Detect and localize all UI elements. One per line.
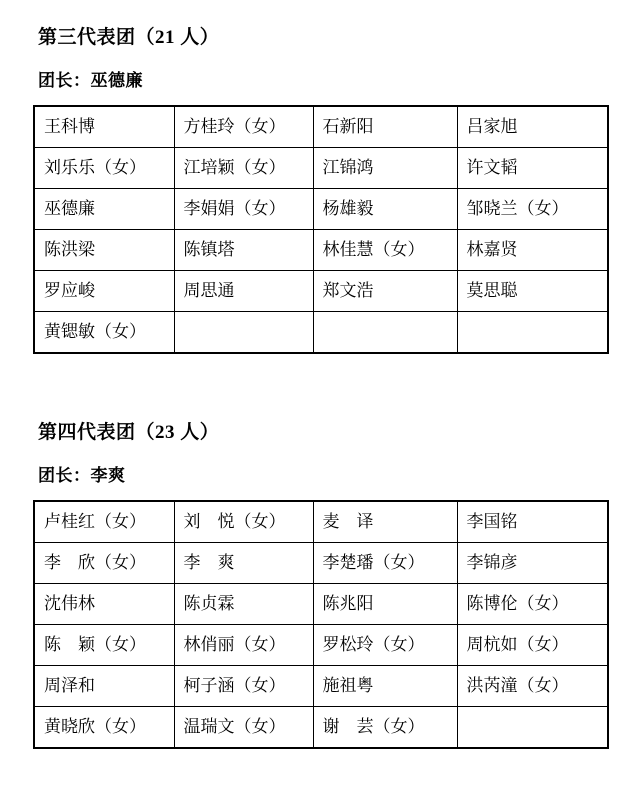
member-cell: 李楚璠（女）: [313, 543, 457, 584]
table-row: 黄晓欣（女） 温瑞文（女） 谢 芸（女）: [34, 707, 608, 749]
delegation-section-3: 第三代表团（21 人） 团长：巫德廉 王科博 方桂玲（女） 石新阳 吕家旭 刘乐…: [33, 28, 643, 354]
table-row: 罗应峻 周思通 郑文浩 莫思聪: [34, 271, 608, 312]
table-row: 刘乐乐（女） 江培颖（女） 江锦鸿 许文韬: [34, 148, 608, 189]
member-cell: 罗应峻: [34, 271, 174, 312]
table-row: 陈洪梁 陈镇塔 林佳慧（女） 林嘉贤: [34, 230, 608, 271]
section-title: 第四代表团（23 人）: [38, 423, 643, 443]
member-cell: 洪芮潼（女）: [457, 666, 608, 707]
leader-line: 团长：李爽: [38, 467, 643, 485]
member-cell: [457, 312, 608, 354]
member-cell: 莫思聪: [457, 271, 608, 312]
member-cell: 周思通: [174, 271, 313, 312]
member-cell: 邹晓兰（女）: [457, 189, 608, 230]
member-cell: 刘 悦（女）: [174, 501, 313, 543]
member-cell: 李 欣（女）: [34, 543, 174, 584]
table-row: 周泽和 柯子涵（女） 施祖粤 洪芮潼（女）: [34, 666, 608, 707]
member-cell: 郑文浩: [313, 271, 457, 312]
member-cell: 麦 译: [313, 501, 457, 543]
member-cell: [457, 707, 608, 749]
member-cell: 李锦彦: [457, 543, 608, 584]
member-cell: 周泽和: [34, 666, 174, 707]
member-cell: 黄锶敏（女）: [34, 312, 174, 354]
member-cell: 陈镇塔: [174, 230, 313, 271]
member-cell: 杨雄毅: [313, 189, 457, 230]
table-row: 巫德廉 李娟娟（女） 杨雄毅 邹晓兰（女）: [34, 189, 608, 230]
member-cell: 李 爽: [174, 543, 313, 584]
member-cell: 石新阳: [313, 106, 457, 148]
member-cell: 李国铭: [457, 501, 608, 543]
member-cell: 王科博: [34, 106, 174, 148]
member-cell: 陈贞霖: [174, 584, 313, 625]
member-cell: 沈伟林: [34, 584, 174, 625]
members-table-4: 卢桂红（女） 刘 悦（女） 麦 译 李国铭 李 欣（女） 李 爽 李楚璠（女） …: [33, 500, 609, 749]
member-cell: 黄晓欣（女）: [34, 707, 174, 749]
table-row: 卢桂红（女） 刘 悦（女） 麦 译 李国铭: [34, 501, 608, 543]
member-cell: [313, 312, 457, 354]
member-cell: 陈博伦（女）: [457, 584, 608, 625]
table-row: 沈伟林 陈贞霖 陈兆阳 陈博伦（女）: [34, 584, 608, 625]
section-title: 第三代表团（21 人）: [38, 28, 643, 48]
document-page: 第三代表团（21 人） 团长：巫德廉 王科博 方桂玲（女） 石新阳 吕家旭 刘乐…: [0, 0, 643, 791]
member-cell: 林佳慧（女）: [313, 230, 457, 271]
member-cell: 刘乐乐（女）: [34, 148, 174, 189]
member-cell: 卢桂红（女）: [34, 501, 174, 543]
table-row: 陈 颖（女） 林俏丽（女） 罗松玲（女） 周杭如（女）: [34, 625, 608, 666]
table-row: 李 欣（女） 李 爽 李楚璠（女） 李锦彦: [34, 543, 608, 584]
member-cell: 周杭如（女）: [457, 625, 608, 666]
member-cell: 柯子涵（女）: [174, 666, 313, 707]
member-cell: 陈 颖（女）: [34, 625, 174, 666]
delegation-section-4: 第四代表团（23 人） 团长：李爽 卢桂红（女） 刘 悦（女） 麦 译 李国铭 …: [33, 423, 643, 749]
member-cell: 李娟娟（女）: [174, 189, 313, 230]
member-cell: 巫德廉: [34, 189, 174, 230]
member-cell: 许文韬: [457, 148, 608, 189]
member-cell: 江培颖（女）: [174, 148, 313, 189]
member-cell: 施祖粤: [313, 666, 457, 707]
member-cell: 林嘉贤: [457, 230, 608, 271]
table-row: 王科博 方桂玲（女） 石新阳 吕家旭: [34, 106, 608, 148]
member-cell: [174, 312, 313, 354]
table-row: 黄锶敏（女）: [34, 312, 608, 354]
member-cell: 方桂玲（女）: [174, 106, 313, 148]
members-table-3: 王科博 方桂玲（女） 石新阳 吕家旭 刘乐乐（女） 江培颖（女） 江锦鸿 许文韬…: [33, 105, 609, 354]
member-cell: 陈兆阳: [313, 584, 457, 625]
member-cell: 江锦鸿: [313, 148, 457, 189]
member-cell: 谢 芸（女）: [313, 707, 457, 749]
member-cell: 林俏丽（女）: [174, 625, 313, 666]
member-cell: 吕家旭: [457, 106, 608, 148]
member-cell: 陈洪梁: [34, 230, 174, 271]
member-cell: 温瑞文（女）: [174, 707, 313, 749]
leader-line: 团长：巫德廉: [38, 72, 643, 90]
member-cell: 罗松玲（女）: [313, 625, 457, 666]
